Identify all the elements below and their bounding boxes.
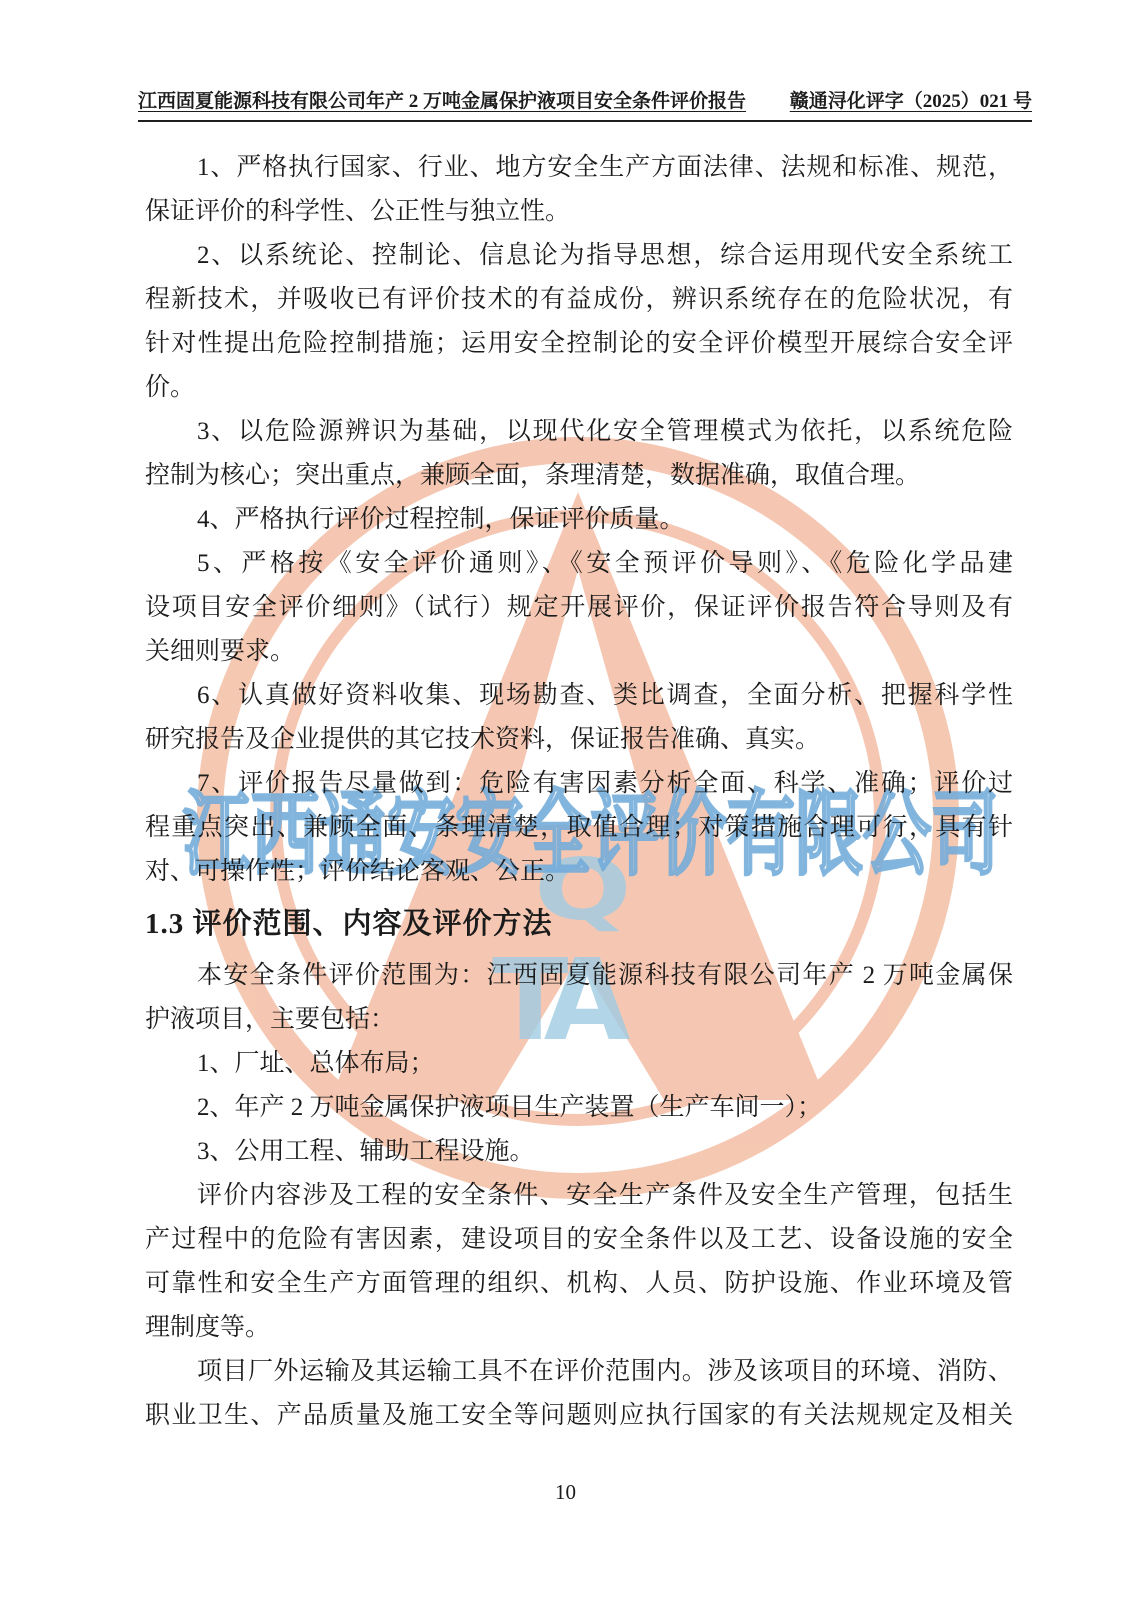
paragraph-line: 程重点突出、兼顾全面、条理清楚，取值合理；对策措施合理可行，具有针 — [145, 806, 1013, 850]
page-footer: 10 — [0, 1480, 1131, 1505]
paragraph-line: 6、认真做好资料收集、现场勘查、类比调查，全面分析、把握科学性 — [145, 674, 1013, 718]
section-heading: 1.3 评价范围、内容及评价方法 — [145, 894, 1013, 954]
paragraph-line: 4、严格执行评价过程控制，保证评价质量。 — [145, 498, 1013, 542]
paragraph-line: 项目厂外运输及其运输工具不在评价范围内。涉及该项目的环境、消防、 — [145, 1350, 1013, 1394]
paragraph-line: 2、以系统论、控制论、信息论为指导思想，综合运用现代安全系统工 — [145, 234, 1013, 278]
paragraph-line: 职业卫生、产品质量及施工安全等问题则应执行国家的有关法规规定及相关 — [145, 1394, 1013, 1438]
paragraph-line: 护液项目，主要包括： — [145, 998, 1013, 1042]
page-number: 10 — [555, 1480, 576, 1504]
paragraph-line: 评价内容涉及工程的安全条件、安全生产条件及安全生产管理，包括生 — [145, 1174, 1013, 1218]
paragraph-line: 设项目安全评价细则》（试行）规定开展评价，保证评价报告符合导则及有 — [145, 586, 1013, 630]
paragraph-line: 保证评价的科学性、公正性与独立性。 — [145, 190, 1013, 234]
paragraph-line: 本安全条件评价范围为：江西固夏能源科技有限公司年产 2 万吨金属保 — [145, 954, 1013, 998]
page-header: 江西固夏能源科技有限公司年产 2 万吨金属保护液项目安全条件评价报告 赣通浔化评… — [138, 86, 1032, 122]
header-document-number: 赣通浔化评字（2025）021 号 — [790, 86, 1032, 113]
paragraph-line: 3、以危险源辨识为基础，以现代化安全管理模式为依托，以系统危险 — [145, 410, 1013, 454]
paragraph-line: 3、公用工程、辅助工程设施。 — [145, 1130, 1013, 1174]
paragraph-line: 控制为核心；突出重点，兼顾全面，条理清楚，数据准确，取值合理。 — [145, 454, 1013, 498]
paragraph-line: 5、严格按《安全评价通则》、《安全预评价导则》、《危险化学品建 — [145, 542, 1013, 586]
paragraph-line: 可靠性和安全生产方面管理的组织、机构、人员、防护设施、作业环境及管 — [145, 1262, 1013, 1306]
paragraph-line: 价。 — [145, 366, 1013, 410]
paragraph-line: 2、年产 2 万吨金属保护液项目生产装置（生产车间一）； — [145, 1086, 1013, 1130]
paragraph-line: 1、严格执行国家、行业、地方安全生产方面法律、法规和标准、规范， — [145, 146, 1013, 190]
header-report-title: 江西固夏能源科技有限公司年产 2 万吨金属保护液项目安全条件评价报告 — [138, 86, 746, 113]
paragraph-line: 研究报告及企业提供的其它技术资料，保证报告准确、真实。 — [145, 718, 1013, 762]
paragraph-line: 针对性提出危险控制措施；运用安全控制论的安全评价模型开展综合安全评 — [145, 322, 1013, 366]
paragraph-line: 理制度等。 — [145, 1306, 1013, 1350]
paragraph-line: 关细则要求。 — [145, 630, 1013, 674]
paragraph-line: 7、评价报告尽量做到：危险有害因素分析全面、科学、准确；评价过 — [145, 762, 1013, 806]
paragraph-line: 1、厂址、总体布局； — [145, 1042, 1013, 1086]
document-content: 1、严格执行国家、行业、地方安全生产方面法律、法规和标准、规范，保证评价的科学性… — [145, 146, 1013, 1438]
paragraph-line: 对、可操作性；评价结论客观、公正。 — [145, 850, 1013, 894]
paragraph-line: 程新技术，并吸收已有评价技术的有益成份，辨识系统存在的危险状况，有 — [145, 278, 1013, 322]
paragraph-line: 产过程中的危险有害因素，建设项目的安全条件以及工艺、设备设施的安全 — [145, 1218, 1013, 1262]
document-page: Q TA 江西通安安全评价有限公司 江西固夏能源科技有限公司年产 2 万吨金属保… — [0, 0, 1131, 1600]
